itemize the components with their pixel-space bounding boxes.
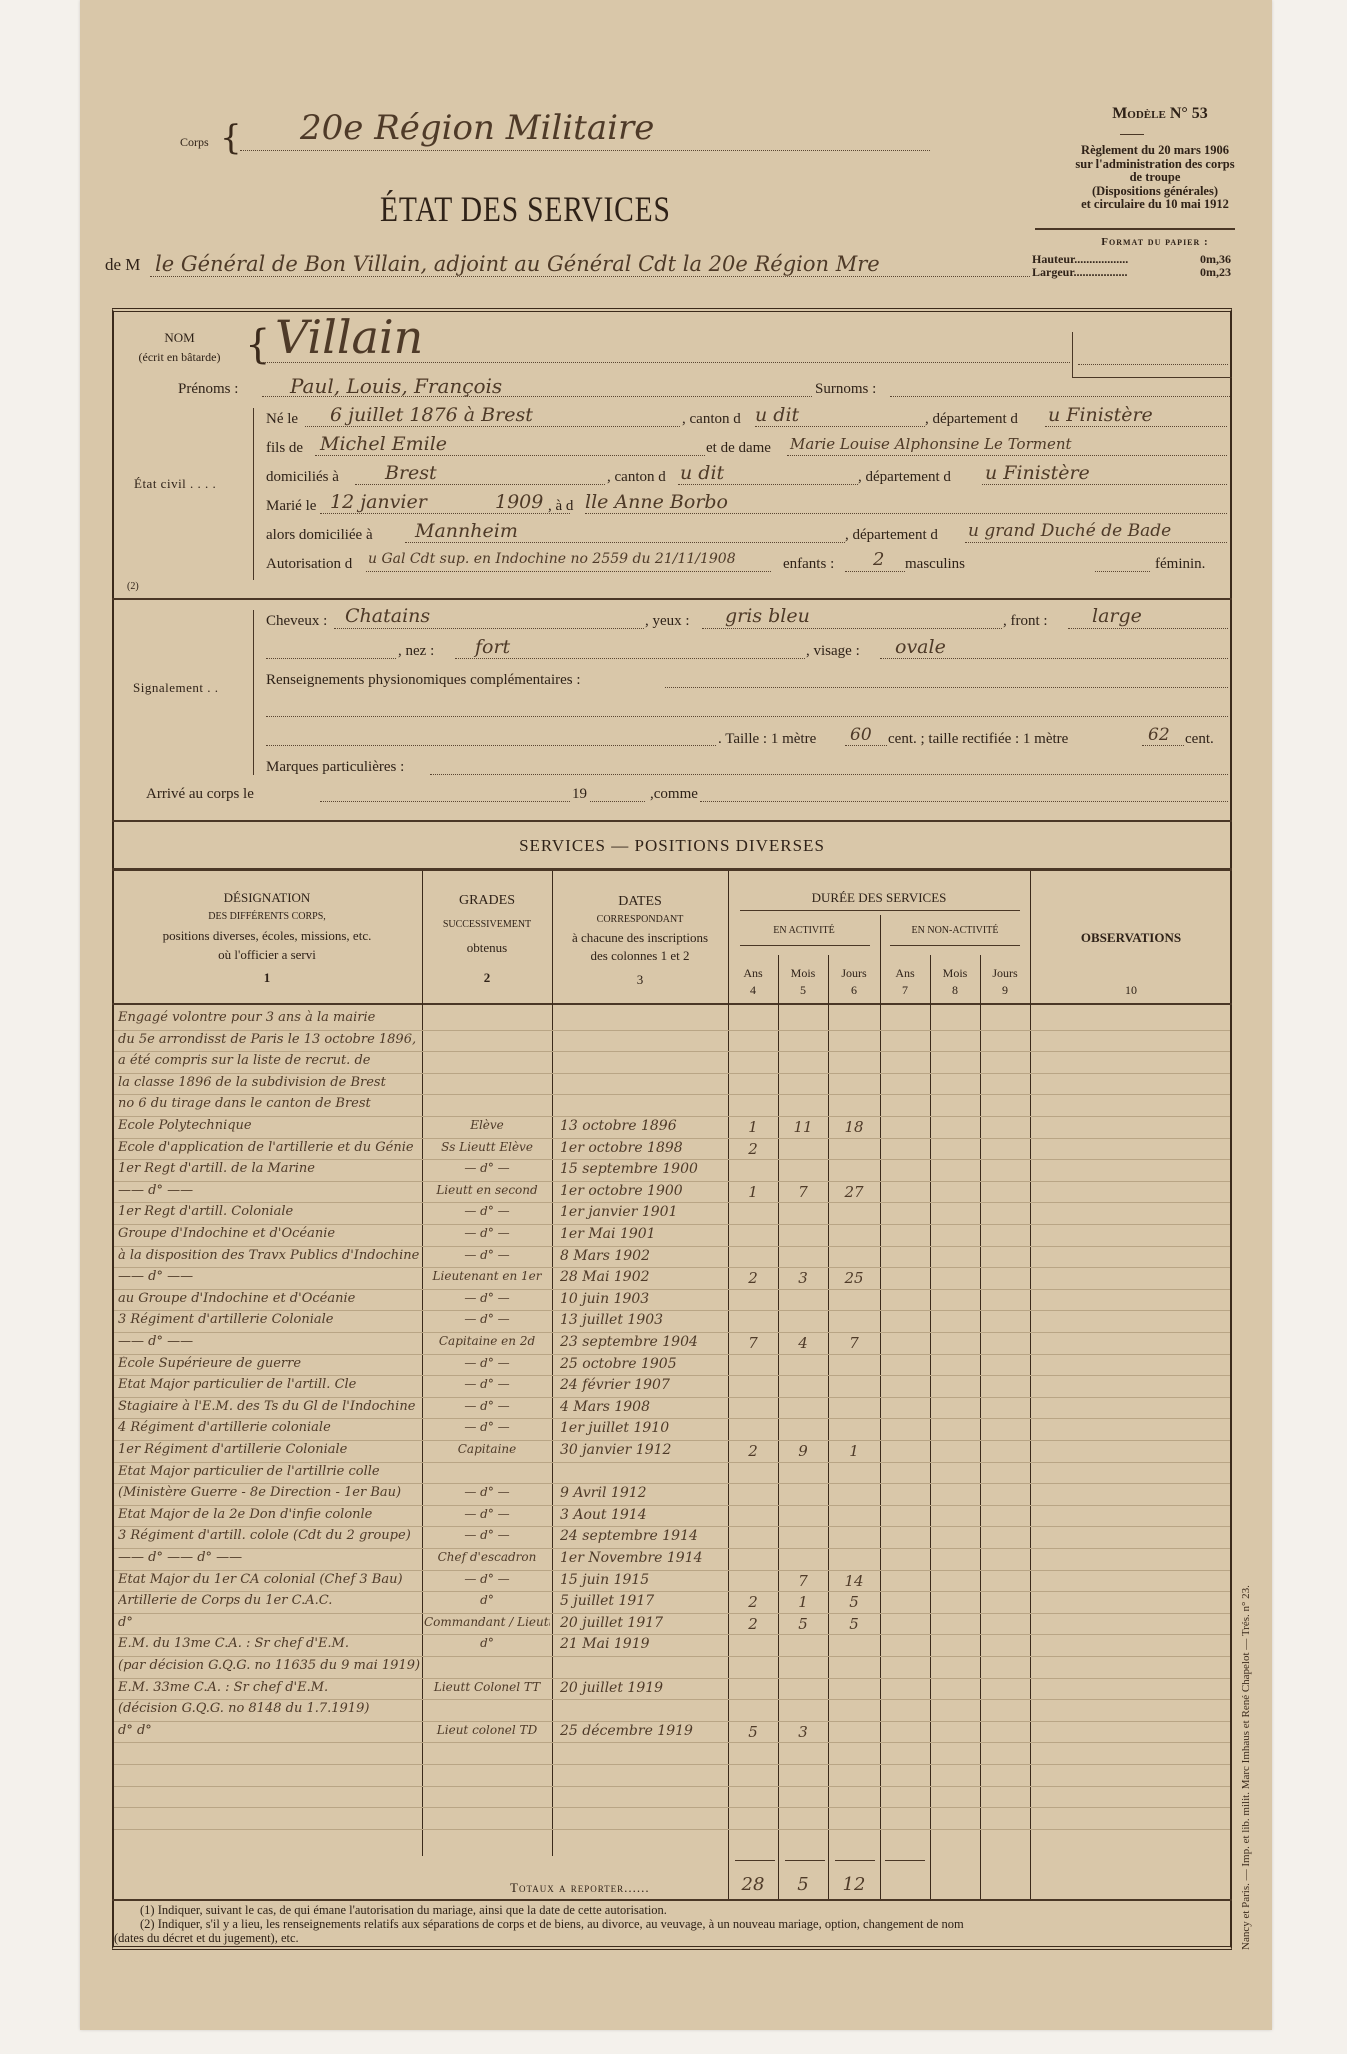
col-ans-2: Ans7 <box>880 965 930 999</box>
cell-date[interactable]: 30 janvier 1912 <box>560 1442 726 1458</box>
cell-designation[interactable]: Etat Major particulier de l'artill. Cle <box>118 1377 420 1392</box>
nom-value[interactable]: Villain <box>275 310 423 364</box>
cell-designation[interactable]: 1er Regt d'artill. de la Marine <box>118 1161 420 1176</box>
ruled-line <box>114 1094 1230 1095</box>
cell-designation[interactable]: 4 Régiment d'artillerie coloniale <box>118 1420 420 1435</box>
mois-label: Mois <box>930 965 980 982</box>
cell-grade[interactable]: Capitaine <box>424 1442 550 1456</box>
modele-flourish <box>1035 228 1235 230</box>
canton2-value[interactable]: u dit <box>680 462 724 484</box>
imprint: Nancy et Paris. — Imp. et lib. milit. Ma… <box>1240 1585 1252 1950</box>
alors-line <box>405 542 845 543</box>
footnote-2: (2) Indiquer, s'il y a lieu, les renseig… <box>140 1917 964 1932</box>
cell-date[interactable]: 20 juillet 1919 <box>560 1680 726 1696</box>
arrive-19: 19 <box>572 786 587 803</box>
cell-ans[interactable]: 2 <box>728 1615 778 1633</box>
epouse-value[interactable]: lle Anne Borbo <box>585 491 728 513</box>
cell-date[interactable]: 25 décembre 1919 <box>560 1723 726 1739</box>
ruled-line <box>114 1267 1230 1268</box>
col-jours-1: Jours6 <box>828 965 880 999</box>
domicilies-label: domiciliés à <box>266 469 339 486</box>
canton-line <box>755 426 925 427</box>
c2-sub2: obtenus <box>422 940 552 956</box>
departement3-line <box>965 542 1227 543</box>
cell-designation[interactable]: a été compris sur la liste de recrut. de <box>118 1053 420 1068</box>
ruled-line <box>114 1699 1230 1700</box>
cell-mois[interactable]: 7 <box>778 1572 828 1590</box>
corps-value[interactable]: 20e Région Militaire <box>300 108 654 148</box>
col-jours-2: Jours9 <box>980 965 1030 999</box>
ruled-line <box>114 1505 1230 1506</box>
cell-date[interactable]: 28 Mai 1902 <box>560 1269 726 1285</box>
taille-value[interactable]: 60 <box>850 725 872 745</box>
front-value[interactable]: large <box>1092 605 1142 627</box>
cell-mois[interactable]: 3 <box>778 1269 828 1287</box>
activite-brace <box>740 945 870 946</box>
nom-label: NOM <box>112 330 247 346</box>
c2-sub1: SUCCESSIVEMENT <box>422 919 552 930</box>
cell-date[interactable]: 9 Avril 1912 <box>560 1485 726 1501</box>
alors-value[interactable]: Mannheim <box>415 520 518 542</box>
cell-grade[interactable]: Lieutenant en 1er <box>424 1269 550 1283</box>
cell-grade[interactable]: — d° — <box>424 1485 550 1499</box>
surnoms-label: Surnoms : <box>815 381 876 398</box>
footnote-2b: (dates du décret et du jugement), etc. <box>114 1931 299 1946</box>
cell-mois[interactable]: 5 <box>778 1615 828 1633</box>
cell-designation[interactable]: —— d° —— d° —— <box>118 1550 420 1565</box>
blank-line <box>266 658 396 659</box>
cell-grade[interactable]: Lieutt en second <box>424 1183 550 1197</box>
cell-jours[interactable]: 1 <box>828 1442 880 1460</box>
cell-grade[interactable]: — d° — <box>424 1528 550 1542</box>
enfants-masc-value[interactable]: 2 <box>873 549 884 570</box>
cell-grade[interactable]: — d° — <box>424 1356 550 1370</box>
cell-mois[interactable]: 3 <box>778 1723 828 1741</box>
col-ans-1: Ans4 <box>728 965 778 999</box>
arrive-line <box>320 801 570 802</box>
taille-label: . Taille : 1 mètre <box>718 731 816 748</box>
ruled-line <box>114 1354 1230 1355</box>
ruled-line <box>114 1570 1230 1571</box>
cell-designation[interactable]: Etat Major de la 2e Don d'infie colonle <box>118 1507 420 1522</box>
cell-mois[interactable]: 1 <box>778 1593 828 1611</box>
cell-designation[interactable]: la classe 1896 de la subdivision de Bres… <box>118 1075 420 1090</box>
de-m-value[interactable]: le Général de Bon Villain, adjoint au Gé… <box>155 252 880 276</box>
observations-title: OBSERVATIONS <box>1030 930 1232 946</box>
visage-label: , visage : <box>806 643 860 660</box>
cell-date[interactable]: 10 juin 1903 <box>560 1291 726 1307</box>
canton2-line <box>678 484 858 485</box>
ruled-line <box>114 1159 1230 1160</box>
cheveux-label: Cheveux : <box>266 613 327 630</box>
cell-date[interactable]: 20 juillet 1917 <box>560 1615 726 1631</box>
note-2-marker: (2) <box>127 581 139 592</box>
cell-designation[interactable]: Etat Major particulier de l'artillrie co… <box>118 1464 420 1479</box>
signalement-label: Signalement . . <box>133 680 219 696</box>
ruled-line <box>114 1807 1230 1808</box>
cell-date[interactable]: 3 Aout 1914 <box>560 1507 726 1523</box>
duree-title: DURÉE DES SERVICES <box>728 890 1030 906</box>
c1-title: DÉSIGNATION <box>112 888 422 907</box>
cell-jours[interactable]: 5 <box>828 1615 880 1633</box>
cell-jours[interactable]: 14 <box>828 1572 880 1590</box>
ruled-line <box>114 1656 1230 1657</box>
cell-designation[interactable]: Stagiaire à l'E.M. des Ts du Gl de l'Ind… <box>118 1399 420 1414</box>
pere-line <box>315 455 705 456</box>
cell-designation[interactable]: (par décision G.Q.G. no 11635 du 9 mai 1… <box>118 1658 420 1673</box>
cell-designation[interactable]: École Supérieure de guerre <box>118 1356 420 1371</box>
cell-designation[interactable]: 3 Régiment d'artillerie Coloniale <box>118 1312 420 1327</box>
ruled-line <box>114 1548 1230 1549</box>
largeur-label: Largeur.................. <box>1032 265 1128 280</box>
cell-grade[interactable]: Ss Lieutt Elève <box>424 1140 550 1154</box>
departement3-label: , département d <box>845 527 938 544</box>
ruled-line <box>114 1224 1230 1225</box>
cell-designation[interactable]: d° d° <box>118 1723 420 1738</box>
renseignements-line-2 <box>266 716 1228 717</box>
c1-sub1: DES DIFFÉRENTS CORPS, <box>112 907 422 926</box>
marie-line <box>320 513 570 514</box>
page-title: ÉTAT DES SERVICES <box>380 188 671 230</box>
n8: 8 <box>930 982 980 999</box>
cell-grade[interactable]: — d° — <box>424 1507 550 1521</box>
de-m-line <box>150 276 1030 277</box>
totals-rule <box>735 1860 775 1861</box>
cell-date[interactable]: 1er Novembre 1914 <box>560 1550 726 1566</box>
c3-sub2: à chacune des inscriptions <box>552 929 728 947</box>
etat-civil-label: État civil . . . . <box>134 476 216 492</box>
enfants-masc-line <box>845 571 905 572</box>
marques-line <box>430 774 1228 775</box>
ruled-line <box>114 1440 1230 1441</box>
signalement-brace <box>253 610 254 775</box>
cell-date[interactable]: 15 juin 1915 <box>560 1572 726 1588</box>
cell-grade[interactable]: — d° — <box>424 1161 550 1175</box>
etat-civil-brace <box>253 408 254 580</box>
fils-de-label: fils de <box>266 440 303 457</box>
duree-brace <box>740 910 1020 911</box>
cell-mois[interactable]: 4 <box>778 1334 828 1352</box>
cell-jours[interactable]: 27 <box>828 1183 880 1201</box>
cell-date[interactable]: 15 septembre 1900 <box>560 1161 726 1177</box>
enfants-fem-line <box>1095 571 1150 572</box>
ruled-line <box>114 1526 1230 1527</box>
cell-grade[interactable]: Elève <box>424 1118 550 1132</box>
c3-title: DATES <box>552 893 728 911</box>
mere-value[interactable]: Marie Louise Alphonsine Le Torment <box>790 435 1072 453</box>
n6: 6 <box>828 982 880 999</box>
cell-date[interactable]: 1er juillet 1910 <box>560 1420 726 1436</box>
totals-rule <box>835 1860 875 1861</box>
ruled-line <box>114 1721 1230 1722</box>
cell-grade[interactable]: — d° — <box>424 1204 550 1218</box>
corps-label: Corps <box>180 135 209 150</box>
c1-sub2: positions diverses, écoles, missions, et… <box>112 926 422 945</box>
autorisation-value[interactable]: u Gal Cdt sup. en Indochine no 2559 du 2… <box>368 551 736 567</box>
cell-date[interactable]: 13 juillet 1903 <box>560 1312 726 1328</box>
enfants-label: enfants : <box>783 556 834 573</box>
cheveux-value[interactable]: Chatains <box>345 605 430 627</box>
nez-label: , nez : <box>398 643 434 660</box>
cell-ans[interactable]: 7 <box>728 1334 778 1352</box>
ruled-line <box>114 1202 1230 1203</box>
taille-rect-line <box>1142 745 1184 746</box>
cell-date[interactable]: 21 Mai 1919 <box>560 1636 726 1652</box>
c1-sub3: où l'officier a servi <box>112 945 422 964</box>
cell-date[interactable]: 1er janvier 1901 <box>560 1204 726 1220</box>
front-line <box>1068 628 1228 629</box>
cell-designation[interactable]: no 6 du tirage dans le canton de Brest <box>118 1096 420 1111</box>
cell-designation[interactable]: —— d° —— <box>118 1269 420 1284</box>
col-divider <box>1030 871 1031 1899</box>
autorisation-label: Autorisation d <box>266 556 352 573</box>
corps-brace: { <box>220 118 242 158</box>
cell-date[interactable]: 24 février 1907 <box>560 1377 726 1393</box>
cell-designation[interactable]: (Ministère Guerre - 8e Direction - 1er B… <box>118 1485 420 1500</box>
cent-label: cent. ; taille rectifiée : 1 mètre <box>888 731 1068 748</box>
ruled-line <box>114 1116 1230 1117</box>
ruled-line <box>114 1462 1230 1463</box>
cell-date[interactable]: 25 octobre 1905 <box>560 1356 726 1372</box>
col-mois-1: Mois5 <box>778 965 828 999</box>
ruled-line <box>114 1181 1230 1182</box>
nom-line <box>260 362 1070 363</box>
ne-le-label: Né le <box>266 411 298 428</box>
cell-date[interactable]: 5 juillet 1917 <box>560 1593 726 1609</box>
mois-label: Mois <box>778 965 828 982</box>
column-header-dates: DATES CORRESPONDANT à chacune des inscri… <box>552 893 728 989</box>
cell-ans[interactable]: 1 <box>728 1118 778 1136</box>
a-d-label: , à d <box>548 498 573 515</box>
renseignements-label: Renseignements physionomiques complément… <box>266 672 581 689</box>
feminin-label: féminin. <box>1155 556 1205 573</box>
ne-le-value[interactable]: 6 juillet 1876 à Brest <box>330 404 533 426</box>
marie-year[interactable]: 1909 <box>495 491 543 513</box>
reglement-line: de troupe <box>1030 171 1280 185</box>
cheveux-line <box>334 628 644 629</box>
marie-value[interactable]: 12 janvier <box>330 491 427 513</box>
cell-designation[interactable]: —— d° —— <box>118 1334 420 1349</box>
cell-grade[interactable]: d° <box>424 1593 550 1607</box>
cell-designation[interactable]: Groupe d'Indochine et d'Océanie <box>118 1226 420 1241</box>
cell-mois[interactable]: 11 <box>778 1118 828 1136</box>
domicilies-value[interactable]: Brest <box>385 462 437 484</box>
prenoms-label: Prénoms : <box>178 381 238 398</box>
cell-ans[interactable]: 5 <box>728 1723 778 1741</box>
departement2-label: , département d <box>858 469 951 486</box>
cell-grade[interactable]: Capitaine en 2d <box>424 1334 550 1348</box>
cell-date[interactable]: 1er Mai 1901 <box>560 1226 726 1242</box>
cell-jours[interactable]: 7 <box>828 1334 880 1352</box>
cell-grade[interactable]: — d° — <box>424 1420 550 1434</box>
total-ans[interactable]: 28 <box>728 1874 778 1895</box>
reglement-line: Règlement du 20 mars 1906 <box>1030 144 1280 158</box>
epouse-line <box>585 513 1227 514</box>
cell-designation[interactable]: du 5e arrondisst de Paris le 13 octobre … <box>118 1032 420 1047</box>
cell-ans[interactable]: 2 <box>728 1442 778 1460</box>
cell-designation[interactable]: (décision G.Q.G. no 8148 du 1.7.1919) <box>118 1701 420 1716</box>
cell-grade[interactable]: — d° — <box>424 1377 550 1391</box>
yeux-line <box>702 628 1002 629</box>
domicilies-line <box>355 484 605 485</box>
nom-sub-label: (écrit en bâtarde) <box>112 350 247 365</box>
cell-date[interactable]: 4 Mars 1908 <box>560 1399 726 1415</box>
nez-value[interactable]: fort <box>475 636 510 658</box>
cell-designation[interactable]: Etat Major du 1er CA colonial (Chef 3 Ba… <box>118 1572 420 1587</box>
cell-grade[interactable]: — d° — <box>424 1226 550 1240</box>
cell-grade[interactable]: — d° — <box>424 1572 550 1586</box>
departement2-value[interactable]: u Finistère <box>985 462 1090 484</box>
cell-grade[interactable]: — d° — <box>424 1399 550 1413</box>
departement3-value[interactable]: u grand Duché de Bade <box>968 521 1171 541</box>
cell-jours[interactable]: 18 <box>828 1118 880 1136</box>
total-jours[interactable]: 12 <box>828 1874 880 1895</box>
col-divider <box>422 871 423 1856</box>
n10: 10 <box>1030 983 1232 998</box>
col-divider <box>552 871 553 1856</box>
totaux-label: Totaux a reporter...... <box>510 1880 650 1896</box>
cell-ans[interactable]: 1 <box>728 1183 778 1201</box>
column-header-designation: DÉSIGNATION DES DIFFÉRENTS CORPS, positi… <box>112 888 422 987</box>
cell-designation[interactable]: Ecole d'application de l'artillerie et d… <box>118 1140 420 1155</box>
nez-line <box>455 658 805 659</box>
column-header-grades: GRADES SUCCESSIVEMENT obtenus 2 <box>422 893 552 986</box>
format-label: Format du papier : <box>1030 236 1280 248</box>
cell-date[interactable]: 13 octobre 1896 <box>560 1118 726 1134</box>
cell-designation[interactable]: d° <box>118 1615 420 1630</box>
cell-mois[interactable]: 9 <box>778 1442 828 1460</box>
c2-title: GRADES <box>422 893 552 909</box>
totals-rule <box>785 1860 825 1861</box>
cell-designation[interactable]: Engagé volontre pour 3 ans à la mairie <box>118 1010 420 1025</box>
visage-value[interactable]: ovale <box>895 636 946 658</box>
canton-value[interactable]: u dit <box>755 404 799 426</box>
taille-rect-value[interactable]: 62 <box>1148 725 1170 745</box>
cell-ans[interactable]: 2 <box>728 1269 778 1287</box>
departement2-line <box>982 484 1227 485</box>
renseignements-line-3 <box>266 745 716 746</box>
cell-designation[interactable]: E.M. 33me C.A. : Sr chef d'E.M. <box>118 1680 420 1695</box>
modele-reglement: Règlement du 20 mars 1906 sur l'administ… <box>1030 144 1280 212</box>
ne-le-line <box>305 426 680 427</box>
total-mois[interactable]: 5 <box>778 1874 828 1895</box>
cell-date[interactable]: 23 septembre 1904 <box>560 1334 726 1350</box>
cell-grade[interactable]: Lieut colonel TD <box>424 1723 550 1737</box>
cell-ans[interactable]: 2 <box>728 1140 778 1158</box>
services-title: SERVICES — POSITIONS DIVERSES <box>112 836 1232 856</box>
ruled-line <box>114 1742 1230 1743</box>
cell-grade[interactable]: Chef d'escadron <box>424 1550 550 1564</box>
n9: 9 <box>980 982 1030 999</box>
section-rule <box>112 598 1232 600</box>
footnote-rule <box>112 1899 1232 1901</box>
cell-date[interactable]: 1er octobre 1898 <box>560 1140 726 1156</box>
col-divider <box>778 955 779 1899</box>
ruled-line <box>114 1634 1230 1635</box>
arrive-year-line <box>590 801 645 802</box>
cell-date[interactable]: 1er octobre 1900 <box>560 1183 726 1199</box>
col-divider <box>828 955 829 1899</box>
non-activite-brace <box>890 945 1020 946</box>
c3-sub3: des colonnes 1 et 2 <box>552 947 728 965</box>
ruled-line <box>114 1051 1230 1052</box>
cell-designation[interactable]: E.M. du 13me C.A. : Sr chef d'E.M. <box>118 1636 420 1651</box>
activite-title: EN ACTIVITÉ <box>728 925 880 936</box>
marques-label: Marques particulières : <box>266 759 404 776</box>
yeux-value[interactable]: gris bleu <box>725 605 810 627</box>
ruled-line <box>114 1591 1230 1592</box>
pere-value[interactable]: Michel Emile <box>320 433 447 455</box>
ruled-line <box>114 1030 1230 1031</box>
departement-line <box>1045 426 1227 427</box>
cell-designation[interactable]: à la disposition des Travx Publics d'Ind… <box>118 1248 420 1263</box>
cell-designation[interactable]: 1er Regt d'artill. Coloniale <box>118 1204 420 1219</box>
section-rule <box>112 820 1232 822</box>
ruled-line <box>114 1375 1230 1376</box>
cell-ans[interactable]: 2 <box>728 1593 778 1611</box>
n7: 7 <box>880 982 930 999</box>
col-divider <box>980 955 981 1899</box>
cell-date[interactable]: 24 septembre 1914 <box>560 1528 726 1544</box>
reglement-line: sur l'administration des corps <box>1030 158 1280 172</box>
nom-box-line <box>1078 364 1228 365</box>
totals-rule <box>885 1860 925 1861</box>
cell-grade[interactable]: — d° — <box>424 1248 550 1262</box>
c3-num: 3 <box>552 971 728 989</box>
cell-date[interactable]: 8 Mars 1902 <box>560 1248 726 1264</box>
col-divider <box>930 955 931 1899</box>
cell-designation[interactable]: Ecole Polytechnique <box>118 1118 420 1133</box>
canton-label: , canton d <box>682 411 741 428</box>
renseignements-line <box>665 687 1228 688</box>
cell-designation[interactable]: 3 Régiment d'artill. colole (Cdt du 2 gr… <box>118 1528 420 1543</box>
cell-mois[interactable]: 7 <box>778 1183 828 1201</box>
n5: 5 <box>778 982 828 999</box>
cell-designation[interactable]: au Groupe d'Indochine et d'Océanie <box>118 1291 420 1306</box>
reglement-line: et circulaire du 10 mai 1912 <box>1030 198 1280 212</box>
cell-designation[interactable]: Artillerie de Corps du 1er C.A.C. <box>118 1593 420 1608</box>
cell-grade[interactable]: d° <box>424 1636 550 1650</box>
cell-grade[interactable]: — d° — <box>424 1312 550 1326</box>
ruled-line <box>114 1483 1230 1484</box>
de-m-label: de M <box>105 255 140 275</box>
cell-grade[interactable]: — d° — <box>424 1291 550 1305</box>
ruled-line <box>114 1310 1230 1311</box>
cell-grade[interactable]: Commandant / Lieutt colonel TT <box>424 1615 550 1629</box>
corps-line <box>240 150 930 151</box>
comme-line <box>700 801 1228 802</box>
cell-jours[interactable]: 5 <box>828 1593 880 1611</box>
ruled-line <box>114 1764 1230 1765</box>
departement-value[interactable]: u Finistère <box>1048 404 1153 426</box>
ruled-line <box>114 1332 1230 1333</box>
cell-designation[interactable]: 1er Régiment d'artillerie Coloniale <box>118 1442 420 1457</box>
nom-box-rule <box>1072 377 1232 378</box>
yeux-label: , yeux : <box>645 613 690 630</box>
cell-jours[interactable]: 25 <box>828 1269 880 1287</box>
cell-designation[interactable]: —— d° —— <box>118 1183 420 1198</box>
footnote-1: (1) Indiquer, suivant le cas, de qui éma… <box>140 1903 667 1918</box>
ans-label: Ans <box>880 965 930 982</box>
reglement-line: (Dispositions générales) <box>1030 185 1280 199</box>
ans-label: Ans <box>728 965 778 982</box>
jours-label: Jours <box>980 965 1030 982</box>
taille-line <box>845 745 887 746</box>
ruled-line <box>114 1073 1230 1074</box>
prenoms-value[interactable]: Paul, Louis, François <box>290 374 502 398</box>
cell-grade[interactable]: Lieutt Colonel TT <box>424 1680 550 1694</box>
autorisation-line <box>366 571 771 572</box>
